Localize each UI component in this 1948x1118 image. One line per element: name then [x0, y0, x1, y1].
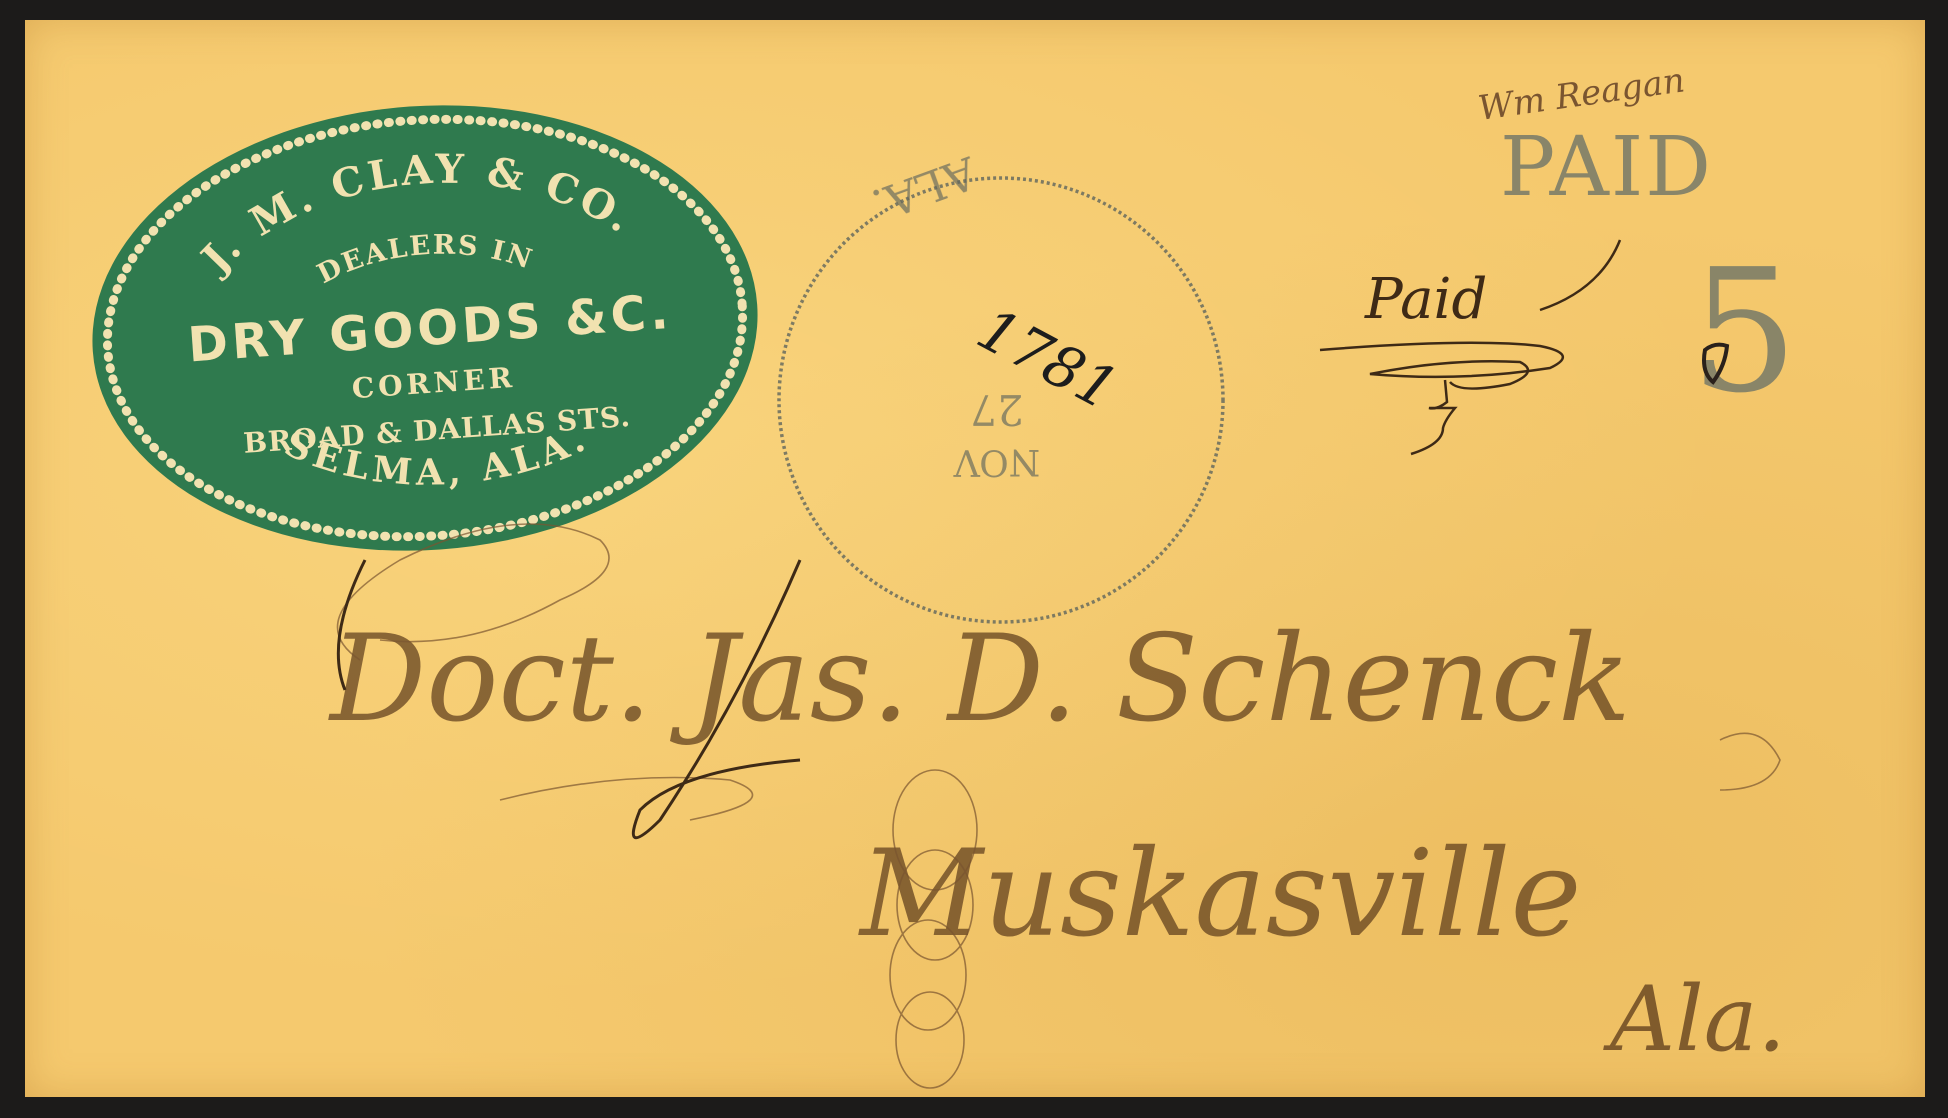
circular-postmark: ALA. 27 NOV [779, 146, 1223, 622]
pen-flourishes [338, 524, 1781, 1088]
corner-card: J. M. CLAY & CO. DEALERS IN DRY GOODS &C… [77, 83, 772, 572]
address-block: Doct. Jas. D. Schenck Muskasville Ala. [328, 610, 1786, 1072]
address-state: Ala. [1603, 967, 1786, 1072]
paid-manuscript: Paid [1320, 240, 1620, 454]
signature-manuscript: Wm Reagan [1476, 60, 1687, 129]
postmark-town: ALA. [865, 146, 984, 231]
address-name: Doct. Jas. D. Schenck [328, 610, 1631, 749]
postmark-month: NOV [953, 441, 1040, 482]
paid-handstamp: PAID 5 [1500, 120, 1798, 431]
svg-text:Paid: Paid [1364, 267, 1487, 332]
address-city: Muskasville [858, 825, 1582, 964]
envelope-markings: J. M. CLAY & CO. DEALERS IN DRY GOODS &C… [0, 0, 1948, 1118]
postmark-day: 27 [970, 385, 1023, 434]
paid-stamp-label: PAID [1500, 120, 1713, 215]
paid-stamp-rate: 5 [1690, 233, 1798, 431]
